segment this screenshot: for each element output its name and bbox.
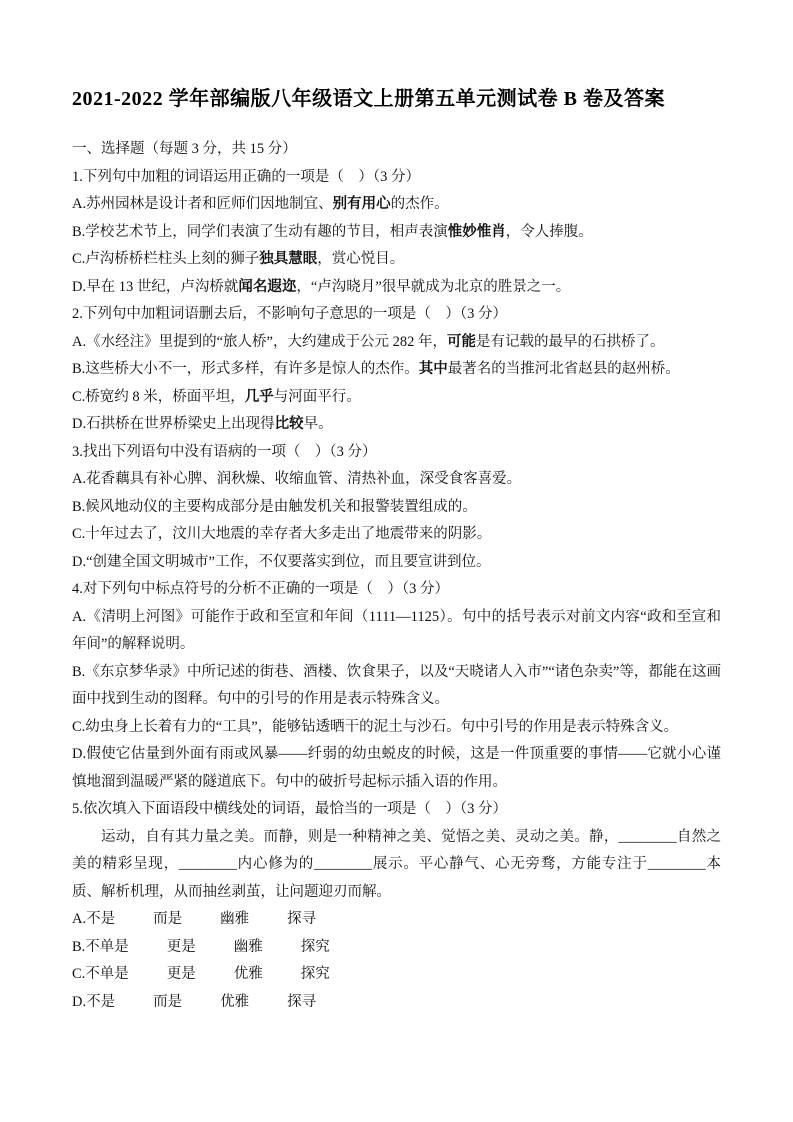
option-text: A.《清明上河图》可能作于政和至宣和年间（1111—1125）。句中的括号表示对…	[72, 609, 721, 653]
option-label-word: B.不单是	[72, 939, 129, 955]
option-text: D.石拱桥在世界桥梁史上出现得	[72, 416, 275, 432]
exam-document-page: 2021-2022 学年部编版八年级语文上册第五单元测试卷 B 卷及答案 一、选…	[0, 0, 793, 1122]
option-text: C.十年过去了，汶川大地震的幸存者大多走出了地震带来的阴影。	[72, 526, 491, 542]
option-text: B.《东京梦华录》中所记述的街巷、酒楼、饮食果子，以及“天晓诸人入市”“诸色杂卖…	[72, 664, 721, 708]
option-text: A.花香藕具有补心脾、润秋燥、收缩血管、清热补血，深受食客喜爱。	[72, 471, 521, 487]
option-text: B.这些桥大小不一，形式多样，有许多是惊人的杰作。	[72, 361, 419, 377]
bold-term: 别有用心	[333, 196, 391, 212]
page-title: 2021-2022 学年部编版八年级语文上册第五单元测试卷 B 卷及答案	[72, 84, 721, 114]
question-2-option-A: A.《水经注》里提到的“旅人桥”，大约建成于公元 282 年，可能是有记载的最早…	[72, 329, 721, 357]
question-list: 1.下列句中加粗的词语运用正确的一项是（ ）（3 分）A.苏州园林是设计者和匠师…	[72, 164, 721, 1017]
question-4-option-C: C.幼虫身上长着有力的“工具”，能够钻透晒干的泥土与沙石。句中引号的作用是表示特…	[72, 714, 721, 742]
question-1-option-D: D.早在 13 世纪，卢沟桥就闻名遐迩，“卢沟晓月”很早就成为北京的胜景之一。	[72, 274, 721, 302]
option-label-word: A.不是	[72, 911, 115, 927]
question-5-passage: 运动，自有其力量之美。而静，则是一种精神之美、觉悟之美、灵动之美。静，_____…	[72, 824, 721, 907]
option-text: 最著名的当推河北省赵县的赵州桥。	[448, 361, 680, 377]
option-text: ，“卢沟晓月”很早就成为北京的胜景之一。	[296, 279, 570, 295]
option-word: 幽雅	[234, 939, 263, 955]
option-text: C.桥宽约 8 米，桥面平坦，	[72, 389, 245, 405]
option-text: 早。	[304, 416, 333, 432]
question-5-stem: 5.依次填入下面语段中横线处的词语，最恰当的一项是（ ）（3 分）	[72, 796, 721, 824]
question-2-option-B: B.这些桥大小不一，形式多样，有许多是惊人的杰作。其中最著名的当推河北省赵县的赵…	[72, 356, 721, 384]
question-1-option-B: B.学校艺术节上，同学们表演了生动有趣的节目，相声表演惟妙惟肖，令人捧腹。	[72, 219, 721, 247]
option-word: 探究	[301, 966, 330, 982]
bold-term: 可能	[447, 334, 476, 350]
option-text: 是有记载的最早的石拱桥了。	[476, 334, 665, 350]
option-word: 而是	[153, 994, 182, 1010]
option-text: ，赏心悦目。	[317, 251, 404, 267]
option-word: 更是	[167, 939, 196, 955]
question-1-option-C: C.卢沟桥桥栏柱头上刻的狮子独具慧眼，赏心悦目。	[72, 246, 721, 274]
question-5-option-B: B.不单是更是幽雅探究	[72, 934, 721, 962]
question-3-option-B: B.候风地动仪的主要构成部分是由触发机关和报警装置组成的。	[72, 494, 721, 522]
question-5-option-A: A.不是而是幽雅探寻	[72, 906, 721, 934]
question-3-stem: 3.找出下列语句中没有语病的一项（ ）（3 分）	[72, 439, 721, 467]
question-2-stem: 2.下列句中加粗词语删去后，不影响句子意思的一项是（ ）（3 分）	[72, 301, 721, 329]
bold-term: 惟妙惟肖	[448, 224, 506, 240]
section-header: 一、选择题（每题 3 分，共 15 分）	[72, 136, 721, 164]
question-3-option-A: A.花香藕具有补心脾、润秋燥、收缩血管、清热补血，深受食客喜爱。	[72, 466, 721, 494]
question-3-option-D: D.“创建全国文明城市”工作，不仅要落实到位，而且要宣讲到位。	[72, 549, 721, 577]
option-text: C.幼虫身上长着有力的“工具”，能够钻透晒干的泥土与沙石。句中引号的作用是表示特…	[72, 719, 678, 735]
bold-term: 独具慧眼	[259, 251, 317, 267]
question-4-stem: 4.对下列句中标点符号的分析不正确的一项是（ ）（3 分）	[72, 576, 721, 604]
option-text: B.候风地动仪的主要构成部分是由触发机关和报警装置组成的。	[72, 499, 477, 515]
option-text: 与河面平行。	[274, 389, 361, 405]
bold-term: 比较	[275, 416, 304, 432]
option-text: A.《水经注》里提到的“旅人桥”，大约建成于公元 282 年，	[72, 334, 447, 350]
option-text: 的杰作。	[391, 196, 449, 212]
option-word: 探究	[301, 939, 330, 955]
question-5-option-C: C.不单是更是优雅探究	[72, 961, 721, 989]
bold-term: 几乎	[245, 389, 274, 405]
option-label-word: C.不单是	[72, 966, 129, 982]
question-2-option-D: D.石拱桥在世界桥梁史上出现得比较早。	[72, 411, 721, 439]
question-4-option-A: A.《清明上河图》可能作于政和至宣和年间（1111—1125）。句中的括号表示对…	[72, 604, 721, 659]
option-text: B.学校艺术节上，同学们表演了生动有趣的节目，相声表演	[72, 224, 448, 240]
option-label-word: D.不是	[72, 994, 115, 1010]
question-4-option-B: B.《东京梦华录》中所记述的街巷、酒楼、饮食果子，以及“天晓诸人入市”“诸色杂卖…	[72, 659, 721, 714]
option-text: A.苏州园林是设计者和匠师们因地制宜、	[72, 196, 333, 212]
question-2-option-C: C.桥宽约 8 米，桥面平坦，几乎与河面平行。	[72, 384, 721, 412]
option-word: 优雅	[234, 966, 263, 982]
option-word: 探寻	[287, 994, 316, 1010]
bold-term: 其中	[419, 361, 448, 377]
question-5-option-D: D.不是而是优雅探寻	[72, 989, 721, 1017]
question-1-stem: 1.下列句中加粗的词语运用正确的一项是（ ）（3 分）	[72, 164, 721, 192]
document-content: 2021-2022 学年部编版八年级语文上册第五单元测试卷 B 卷及答案 一、选…	[0, 0, 793, 1016]
option-word: 探寻	[287, 911, 316, 927]
option-word: 而是	[153, 911, 182, 927]
bold-term: 闻名遐迩	[238, 279, 296, 295]
option-text: D.假使它估量到外面有雨或风暴——纤弱的幼虫蜕皮的时候，这是一件顶重要的事情——…	[72, 746, 721, 790]
option-word: 更是	[167, 966, 196, 982]
question-3-option-C: C.十年过去了，汶川大地震的幸存者大多走出了地震带来的阴影。	[72, 521, 721, 549]
option-text: D.早在 13 世纪，卢沟桥就	[72, 279, 238, 295]
option-word: 优雅	[220, 994, 249, 1010]
option-text: D.“创建全国文明城市”工作，不仅要落实到位，而且要宣讲到位。	[72, 554, 490, 570]
option-text: ，令人捧腹。	[506, 224, 593, 240]
question-1-option-A: A.苏州园林是设计者和匠师们因地制宜、别有用心的杰作。	[72, 191, 721, 219]
option-text: C.卢沟桥桥栏柱头上刻的狮子	[72, 251, 259, 267]
question-4-option-D: D.假使它估量到外面有雨或风暴——纤弱的幼虫蜕皮的时候，这是一件顶重要的事情——…	[72, 741, 721, 796]
option-word: 幽雅	[220, 911, 249, 927]
